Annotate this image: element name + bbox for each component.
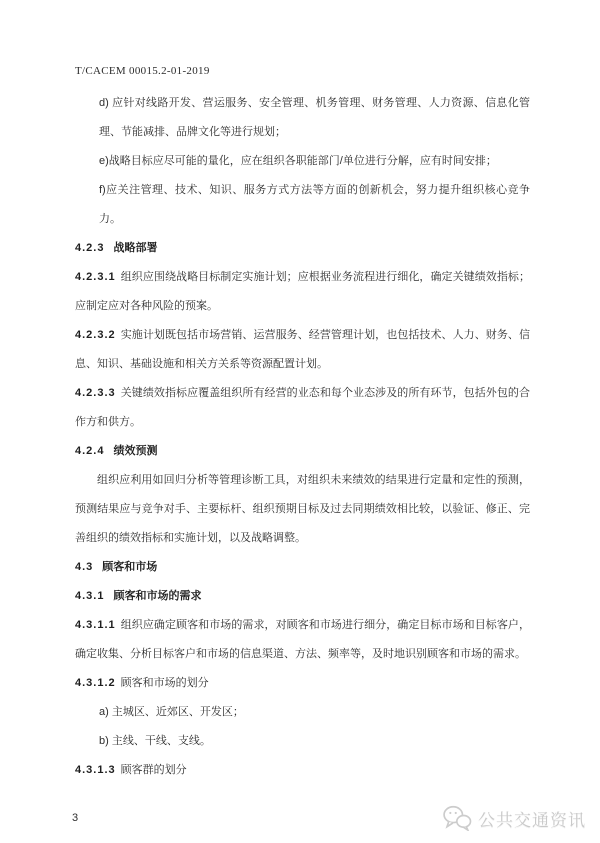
clause-text: 实施计划既包括市场营销、运营服务、经营管理计划，也包括技术、人力、财务、信息、知…: [75, 329, 530, 370]
heading-title: 绩效预测: [113, 445, 157, 457]
heading-4-2-3: 4.2.3战略部署: [75, 234, 530, 263]
clause-text: 关键绩效指标应覆盖组织所有经营的业态和每个业态涉及的所有环节，包括外包的合作方和…: [75, 387, 530, 428]
clause-number: 4.2.3.1: [75, 271, 121, 283]
heading-title: 战略部署: [113, 242, 157, 254]
clause-number: 4.3.1.3: [75, 764, 121, 776]
watermark-label: 公共交通资讯: [478, 806, 586, 831]
document-page: T/CACEM 00015.2-01-2019 d) 应针对线路开发、营运服务、…: [0, 0, 600, 843]
clause-4-2-3-1: 4.2.3.1组织应围绕战略目标制定实施计划；应根据业务流程进行细化，确定关键绩…: [75, 263, 530, 321]
clause-4-3-1-1: 4.3.1.1组织应确定顾客和市场的需求，对顾客和市场进行细分，确定目标市场和目…: [75, 611, 530, 669]
clause-number: 4.2.3.2: [75, 329, 121, 341]
clause-number: 4.3.1.2: [75, 677, 121, 689]
clause-4-3-1-3: 4.3.1.3顾客群的划分: [75, 756, 530, 785]
heading-number: 4.3.1: [75, 590, 113, 602]
clause-text: 顾客群的划分: [121, 764, 187, 776]
heading-4-3: 4.3顾客和市场: [75, 553, 530, 582]
heading-number: 4.2.4: [75, 445, 113, 457]
list-item-f: f)应关注管理、技术、知识、服务方式方法等方面的创新机会，努力提升组织核心竞争力…: [99, 176, 530, 234]
clause-text: 组织应确定顾客和市场的需求，对顾客和市场进行细分，确定目标市场和目标客户，确定收…: [75, 619, 530, 660]
clause-number: 4.2.3.3: [75, 387, 121, 399]
standard-number-header: T/CACEM 00015.2-01-2019: [75, 0, 600, 78]
list-item-e: e)战略目标应尽可能的量化，应在组织各职能部门/单位进行分解，应有时间安排；: [99, 147, 530, 176]
heading-number: 4.3: [75, 561, 102, 573]
document-body: d) 应针对线路开发、营运服务、安全管理、机务管理、财务管理、人力资源、信息化管…: [75, 89, 530, 785]
heading-4-3-1: 4.3.1顾客和市场的需求: [75, 582, 530, 611]
clause-number: 4.3.1.1: [75, 619, 121, 631]
clause-4-3-1-2: 4.3.1.2顾客和市场的划分: [75, 669, 530, 698]
heading-4-2-4: 4.2.4绩效预测: [75, 437, 530, 466]
list-item-d: d) 应针对线路开发、营运服务、安全管理、机务管理、财务管理、人力资源、信息化管…: [99, 89, 530, 147]
body-paragraph-performance-forecast: 组织应利用如回归分析等管理诊断工具，对组织未来绩效的结果进行定量和定性的预测，预…: [75, 466, 530, 553]
clause-4-2-3-3: 4.2.3.3关键绩效指标应覆盖组织所有经营的业态和每个业态涉及的所有环节，包括…: [75, 379, 530, 437]
heading-title: 顾客和市场: [102, 561, 157, 573]
heading-title: 顾客和市场的需求: [113, 590, 201, 602]
list-item-a: a) 主城区、近郊区、开发区；: [99, 698, 530, 727]
publisher-watermark: 公共交通资讯: [442, 805, 586, 831]
wechat-bubbles-icon: [442, 805, 472, 831]
clause-text: 顾客和市场的划分: [121, 677, 209, 689]
clause-text: 组织应围绕战略目标制定实施计划；应根据业务流程进行细化，确定关键绩效指标；应制定…: [75, 271, 530, 312]
clause-4-2-3-2: 4.2.3.2实施计划既包括市场营销、运营服务、经营管理计划，也包括技术、人力、…: [75, 321, 530, 379]
list-item-b: b) 主线、干线、支线。: [99, 727, 530, 756]
heading-number: 4.2.3: [75, 242, 113, 254]
